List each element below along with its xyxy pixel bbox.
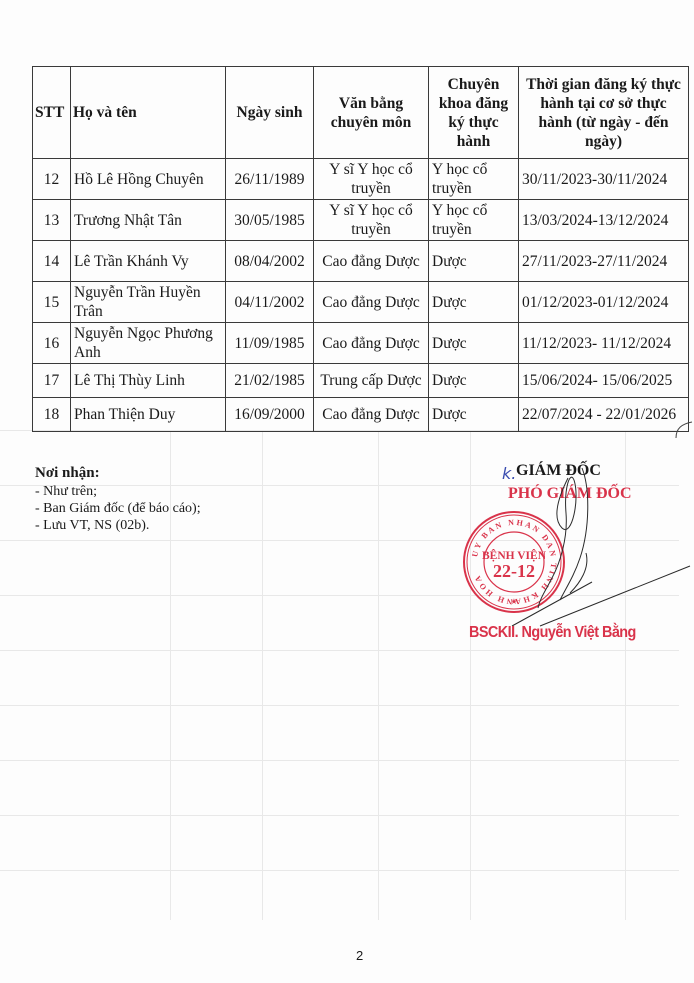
cell-stt: 17: [33, 364, 71, 398]
cell-dob: 26/11/1989: [226, 159, 314, 200]
cell-degree: Cao đẳng Dược: [314, 398, 429, 432]
recipient-item: - Ban Giám đốc (để báo cáo);: [35, 500, 201, 517]
cell-specialty: Dược: [429, 323, 519, 364]
on-behalf-mark: k.: [502, 464, 516, 483]
document-page: STT Họ và tên Ngày sinh Văn bằng chuyên …: [0, 0, 694, 983]
recipient-item: - Lưu VT, NS (02b).: [35, 517, 201, 534]
hospital-seal-stamp-icon: UY BAN NHAN DAN TINH KHANH HOA BỆNH VIỆN…: [462, 510, 566, 614]
cell-dob: 21/02/1985: [226, 364, 314, 398]
cell-period: 27/11/2023-27/11/2024: [519, 241, 689, 282]
cell-degree: Cao đẳng Dược: [314, 323, 429, 364]
table-row: 15 Nguyễn Trần Huyền Trân 04/11/2002 Cao…: [33, 282, 689, 323]
table-row: 13 Trương Nhật Tân 30/05/1985 Y sĩ Y học…: [33, 200, 689, 241]
cell-name: Lê Trần Khánh Vy: [71, 241, 226, 282]
cell-period: 01/12/2023-01/12/2024: [519, 282, 689, 323]
director-title: GIÁM ĐỐC: [516, 462, 601, 480]
cell-dob: 30/05/1985: [226, 200, 314, 241]
cell-specialty: Dược: [429, 282, 519, 323]
svg-text:★: ★: [510, 597, 517, 606]
column-header-specialty: Chuyên khoa đăng ký thực hành: [429, 67, 519, 159]
cell-stt: 12: [33, 159, 71, 200]
column-header-dob: Ngày sinh: [226, 67, 314, 159]
cell-specialty: Dược: [429, 364, 519, 398]
recipient-item: - Như trên;: [35, 483, 201, 500]
signature-block: k. GIÁM ĐỐC PHÓ GIÁM ĐỐC UY BAN NHAN DAN…: [440, 458, 694, 648]
recipients-title: Nơi nhận:: [35, 465, 201, 482]
table-row: 14 Lê Trần Khánh Vy 08/04/2002 Cao đẳng …: [33, 241, 689, 282]
practitioner-registration-table: STT Họ và tên Ngày sinh Văn bằng chuyên …: [32, 66, 689, 432]
svg-text:BỆNH VIỆN: BỆNH VIỆN: [482, 548, 547, 562]
cell-period: 30/11/2023-30/11/2024: [519, 159, 689, 200]
cell-dob: 08/04/2002: [226, 241, 314, 282]
cell-stt: 13: [33, 200, 71, 241]
cell-name: Lê Thị Thùy Linh: [71, 364, 226, 398]
column-header-name: Họ và tên: [71, 67, 226, 159]
cell-degree: Y sĩ Y học cổ truyền: [314, 159, 429, 200]
cell-stt: 15: [33, 282, 71, 323]
deputy-director-title: PHÓ GIÁM ĐỐC: [508, 485, 632, 503]
table-row: 18 Phan Thiện Duy 16/09/2000 Cao đẳng Dư…: [33, 398, 689, 432]
cell-name: Hồ Lê Hồng Chuyên: [71, 159, 226, 200]
cell-degree: Cao đẳng Dược: [314, 241, 429, 282]
cell-period: 15/06/2024- 15/06/2025: [519, 364, 689, 398]
cell-degree: Cao đẳng Dược: [314, 282, 429, 323]
cell-specialty: Dược: [429, 241, 519, 282]
cell-name: Nguyễn Ngọc Phương Anh: [71, 323, 226, 364]
svg-text:22-12: 22-12: [493, 561, 535, 581]
cell-name: Phan Thiện Duy: [71, 398, 226, 432]
signer-name: BSCKII. Nguyễn Việt Bằng: [469, 624, 636, 642]
column-header-stt: STT: [33, 67, 71, 159]
cell-degree: Trung cấp Dược: [314, 364, 429, 398]
cell-period: 22/07/2024 - 22/01/2026: [519, 398, 689, 432]
column-header-period: Thời gian đăng ký thực hành tại cơ sở th…: [519, 67, 689, 159]
cell-specialty: Y học cổ truyền: [429, 159, 519, 200]
cell-stt: 14: [33, 241, 71, 282]
cell-specialty: Dược: [429, 398, 519, 432]
column-header-degree: Văn bằng chuyên môn: [314, 67, 429, 159]
cell-name: Nguyễn Trần Huyền Trân: [71, 282, 226, 323]
page-number: 2: [356, 948, 363, 963]
cell-stt: 16: [33, 323, 71, 364]
cell-dob: 11/09/1985: [226, 323, 314, 364]
cell-specialty: Y học cổ truyền: [429, 200, 519, 241]
cell-dob: 04/11/2002: [226, 282, 314, 323]
table-row: 16 Nguyễn Ngọc Phương Anh 11/09/1985 Cao…: [33, 323, 689, 364]
page-curl-mark: [672, 418, 694, 440]
cell-period: 13/03/2024-13/12/2024: [519, 200, 689, 241]
table-header-row: STT Họ và tên Ngày sinh Văn bằng chuyên …: [33, 67, 689, 159]
cell-dob: 16/09/2000: [226, 398, 314, 432]
table-row: 17 Lê Thị Thùy Linh 21/02/1985 Trung cấp…: [33, 364, 689, 398]
cell-name: Trương Nhật Tân: [71, 200, 226, 241]
table-row: 12 Hồ Lê Hồng Chuyên 26/11/1989 Y sĩ Y h…: [33, 159, 689, 200]
cell-degree: Y sĩ Y học cổ truyền: [314, 200, 429, 241]
cell-period: 11/12/2023- 11/12/2024: [519, 323, 689, 364]
cell-stt: 18: [33, 398, 71, 432]
recipients-block: Nơi nhận: - Như trên; - Ban Giám đốc (để…: [35, 465, 201, 534]
